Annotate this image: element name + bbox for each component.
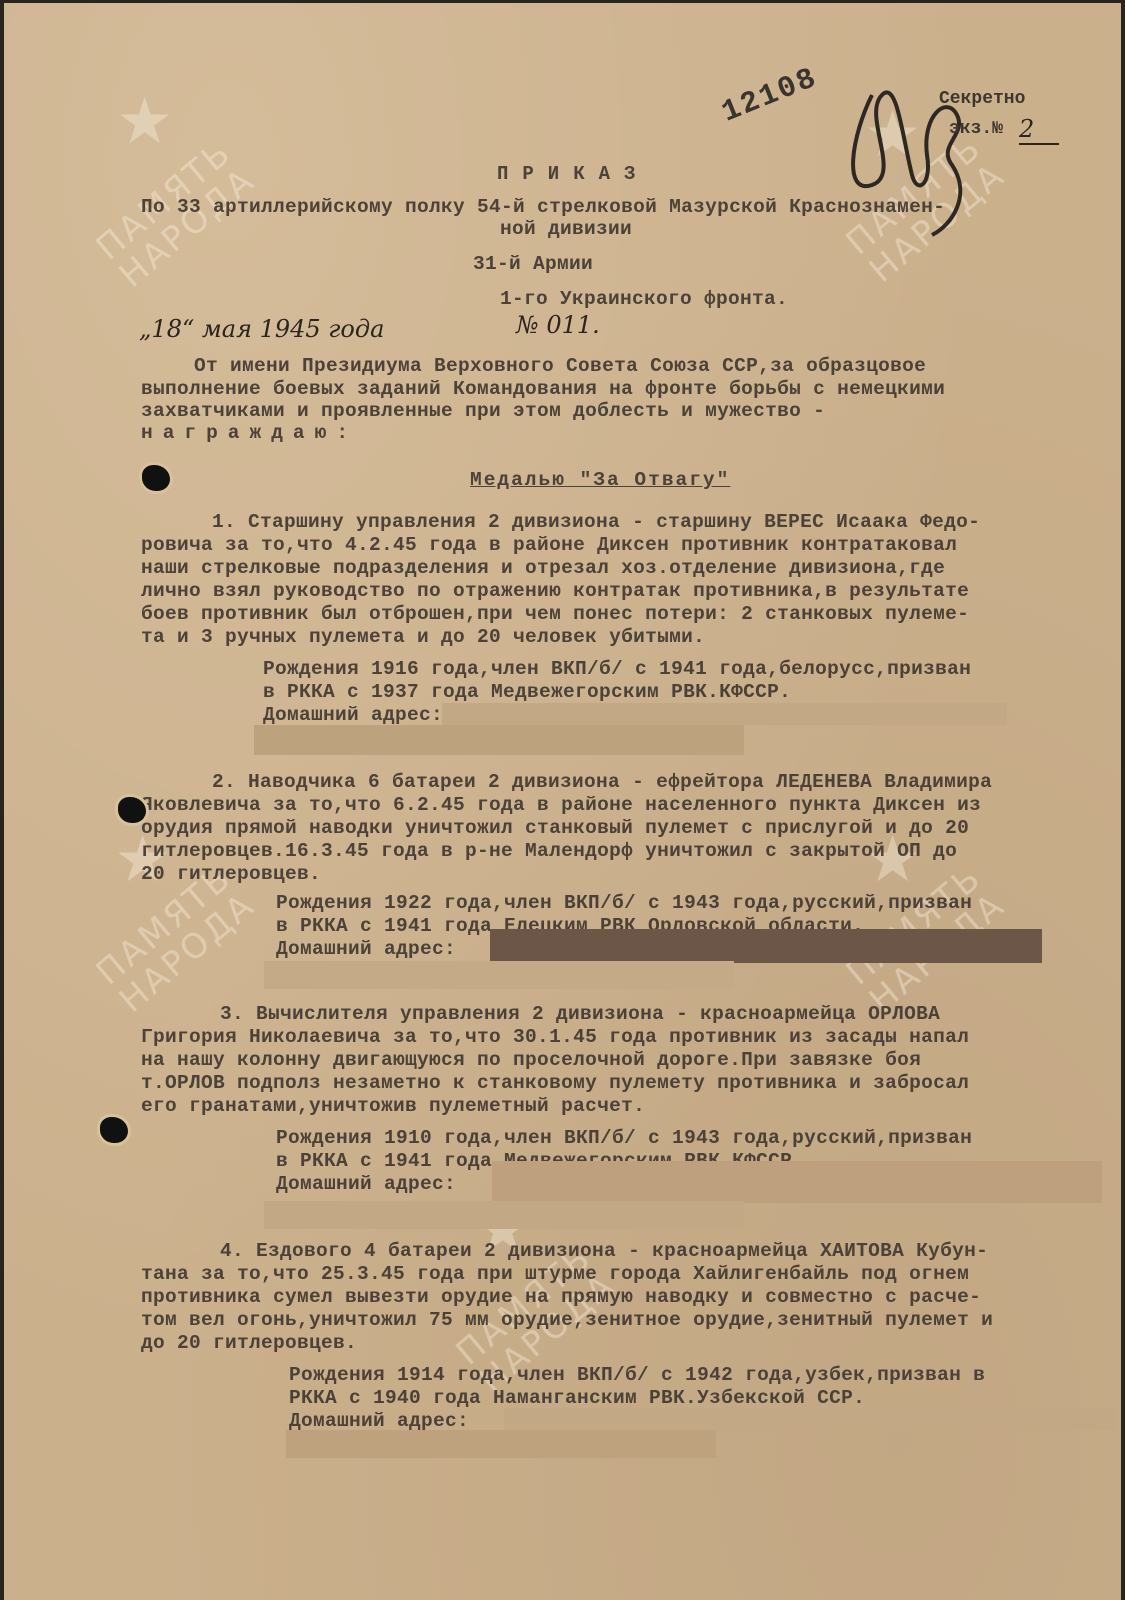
entry-text-line: Григория Николаевича за то,что 30.1.45 г… <box>141 1026 969 1049</box>
entry-text-line: боев противник был отброшен,при чем поне… <box>141 603 969 626</box>
entry-bio-line: Рождения 1916 года,член ВКП/б/ с 1941 го… <box>263 658 971 681</box>
entry-bio-line: Рождения 1914 года,член ВКП/б/ с 1942 го… <box>289 1364 985 1387</box>
entry-text-line: ровича за то,что 4.2.45 года в районе Ди… <box>141 534 957 557</box>
archival-document-page: ★ ПАМЯТЬ НАРОДА ★ ПАМЯТЬ НАРОДА ★ ПАМЯТЬ… <box>4 3 1121 1600</box>
entry-bio-line: РККА с 1940 года Наманганским РВК.Узбекс… <box>289 1387 865 1410</box>
redacted-address <box>254 725 744 755</box>
order-number: № 011. <box>516 311 600 339</box>
redacted-address <box>264 1201 744 1229</box>
entry-text-line: противника сумел вывезти орудие на пряму… <box>141 1286 981 1309</box>
entry-text-line: та и 3 ручных пулемета и до 20 человек у… <box>141 626 705 649</box>
entry-text-line: до 20 гитлеровцев. <box>141 1332 357 1355</box>
order-date: „18“ мая 1945 года <box>139 315 384 343</box>
punch-hole <box>118 797 146 823</box>
redacted-address <box>264 961 734 989</box>
redacted-address <box>442 703 1007 725</box>
home-address-label: Домашний адрес: <box>276 938 456 961</box>
punch-hole <box>142 465 170 491</box>
punch-hole <box>100 1117 128 1143</box>
redacted-address <box>490 929 1042 963</box>
preamble-line: От имени Президиума Верховного Совета Со… <box>194 355 926 378</box>
home-address-label: Домашний адрес: <box>263 704 443 727</box>
entry-text-line: 2. Наводчика 6 батареи 2 дивизиона - ефр… <box>212 771 992 794</box>
entry-text-line: 20 гитлеровцев. <box>141 863 321 886</box>
entry-text-line: гитлеровцев.16.3.45 года в р-не Малендор… <box>141 840 957 863</box>
registration-stamp-number: 12108 <box>717 62 822 131</box>
entry-text-line: тана за то,что 25.3.45 года при штурме г… <box>141 1263 969 1286</box>
entry-bio-line: в РККА с 1937 года Медвежегорским РВК.КФ… <box>263 681 791 704</box>
watermark-star-icon: ★ <box>116 85 173 159</box>
entry-text-line: орудия прямой наводки уничтожил станковы… <box>141 817 969 840</box>
copy-label: экз.№ <box>949 119 1003 139</box>
order-unit-line1: По 33 артиллерийскому полку 54-й стрелко… <box>141 196 945 219</box>
redacted-address <box>492 1161 1102 1203</box>
order-army: 31-й Армии <box>473 253 593 276</box>
preamble-line: захватчиками и проявленные при этом добл… <box>141 400 825 423</box>
award-heading: Медалью "За Отвагу" <box>470 469 730 492</box>
entry-text-line: том вел огонь,уничтожил 75 мм орудие,зен… <box>141 1309 993 1332</box>
entry-text-line: на нашу колонну двигающуюся по проселочн… <box>141 1049 921 1072</box>
secrecy-label: Секретно <box>939 89 1025 109</box>
entry-text-line: его гранатами,уничтожив пулеметный расче… <box>141 1095 645 1118</box>
entry-bio-line: Рождения 1922 года,член ВКП/б/ с 1943 го… <box>276 892 972 915</box>
order-front: 1-го Украинского фронта. <box>500 288 788 311</box>
entry-bio-line: Рождения 1910 года,член ВКП/б/ с 1943 го… <box>276 1127 972 1150</box>
entry-text-line: лично взял руководство по отражению конт… <box>141 580 969 603</box>
entry-text-line: 3. Вычислителя управления 2 дивизиона - … <box>220 1003 940 1026</box>
entry-text-line: Яковлевича за то,что 6.2.45 года в район… <box>141 794 981 817</box>
preamble-line: выполнение боевых заданий Командования н… <box>141 378 945 401</box>
preamble-line: награждаю: <box>141 422 358 445</box>
document-title: ПРИКАЗ <box>497 163 649 186</box>
home-address-label: Домашний адрес: <box>276 1173 456 1196</box>
entry-text-line: 1. Старшину управления 2 дивизиона - ста… <box>212 511 980 534</box>
redacted-address <box>504 1408 1116 1430</box>
entry-text-line: т.ОРЛОВ подполз незаметно к станковому п… <box>141 1072 969 1095</box>
order-unit-line2: ной дивизии <box>500 218 632 241</box>
entry-text-line: наши стрелковые подразделения и отрезал … <box>141 557 945 580</box>
copy-number: 2 <box>1019 115 1059 145</box>
entry-text-line: 4. Ездового 4 батареи 2 дивизиона - крас… <box>220 1240 988 1263</box>
redacted-address <box>286 1430 716 1458</box>
